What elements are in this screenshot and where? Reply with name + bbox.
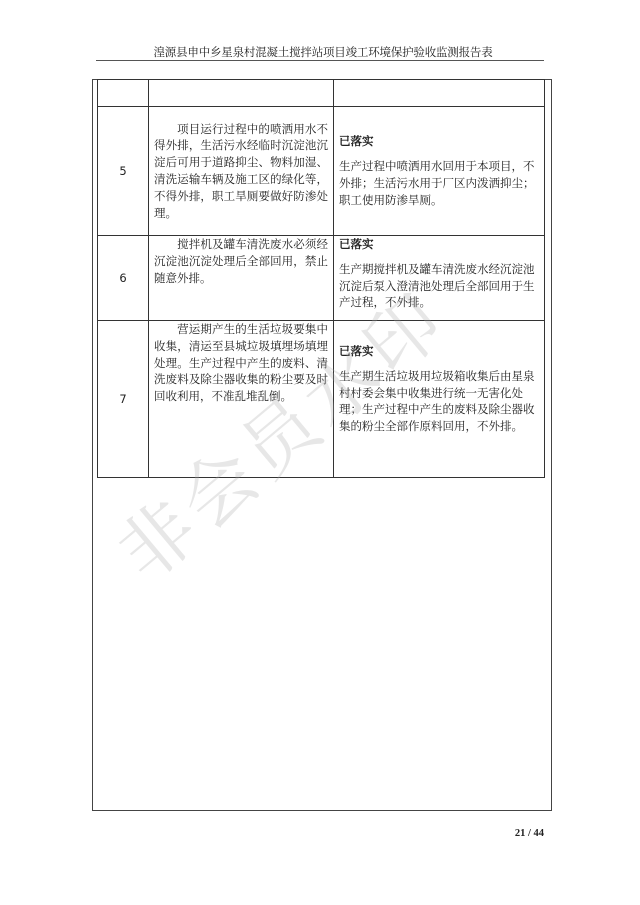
requirement-cell: 搅拌机及罐车清洗废水必须经沉淀池沉淀处理后全部回用，禁止随意外排。: [149, 236, 334, 321]
row-number-cell: 6: [98, 236, 149, 321]
table-row: [98, 80, 545, 107]
requirement-cell: [149, 80, 334, 107]
requirement-text: 项目运行过程中的喷洒用水不得外排，生活污水经临时沉淀池沉淀后可用于道路抑尘、物料…: [154, 122, 328, 220]
status-label: 已落实: [339, 133, 539, 150]
document-header-title: 湟源县申中乡星泉村混凝土搅拌站项目竣工环境保护验收监测报告表: [92, 44, 554, 60]
requirement-cell: 项目运行过程中的喷洒用水不得外排，生活污水经临时沉淀池沉淀后可用于道路抑尘、物料…: [149, 107, 334, 236]
header-divider: [96, 60, 544, 61]
status-cell: [334, 80, 545, 107]
status-cell: 已落实 生产期生活垃圾用垃圾箱收集后由星泉村村委会集中收集进行统一无害化处理；生…: [334, 321, 545, 478]
requirement-text: 搅拌机及罐车清洗废水必须经沉淀池沉淀处理后全部回用，禁止随意外排。: [154, 237, 328, 285]
page-number: 21 / 44: [480, 828, 544, 839]
row-number-cell: 5: [98, 107, 149, 236]
status-label: 已落实: [339, 343, 539, 360]
status-label: 已落实: [339, 236, 539, 253]
acceptance-requirements-table: 5 项目运行过程中的喷洒用水不得外排，生活污水经临时沉淀池沉淀后可用于道路抑尘、…: [97, 79, 545, 478]
status-detail: 生产期搅拌机及罐车清洗废水经沉淀池沉淀后泵入澄清池处理后全部回用于生产过程，不外…: [339, 261, 539, 311]
status-cell: 已落实 生产期搅拌机及罐车清洗废水经沉淀池沉淀后泵入澄清池处理后全部回用于生产过…: [334, 236, 545, 321]
status-cell: 已落实 生产过程中喷洒用水回用于本项目，不外排；生活污水用于厂区内泼洒抑尘；职工…: [334, 107, 545, 236]
status-detail: 生产期生活垃圾用垃圾箱收集后由星泉村村委会集中收集进行统一无害化处理；生产过程中…: [339, 368, 539, 435]
table-row: 5 项目运行过程中的喷洒用水不得外排，生活污水经临时沉淀池沉淀后可用于道路抑尘、…: [98, 107, 545, 236]
table-row: 6 搅拌机及罐车清洗废水必须经沉淀池沉淀处理后全部回用，禁止随意外排。 已落实 …: [98, 236, 545, 321]
table-row: 7 营运期产生的生活垃圾要集中收集，清运至县城垃圾填埋场填埋处理。生产过程中产生…: [98, 321, 545, 478]
requirement-cell: 营运期产生的生活垃圾要集中收集，清运至县城垃圾填埋场填埋处理。生产过程中产生的废…: [149, 321, 334, 478]
status-detail: 生产过程中喷洒用水回用于本项目，不外排；生活污水用于厂区内泼洒抑尘；职工使用防渗…: [339, 158, 539, 208]
row-number-cell: 7: [98, 321, 149, 478]
requirement-text: 营运期产生的生活垃圾要集中收集，清运至县城垃圾填埋场填埋处理。生产过程中产生的废…: [154, 322, 328, 403]
row-number-cell: [98, 80, 149, 107]
